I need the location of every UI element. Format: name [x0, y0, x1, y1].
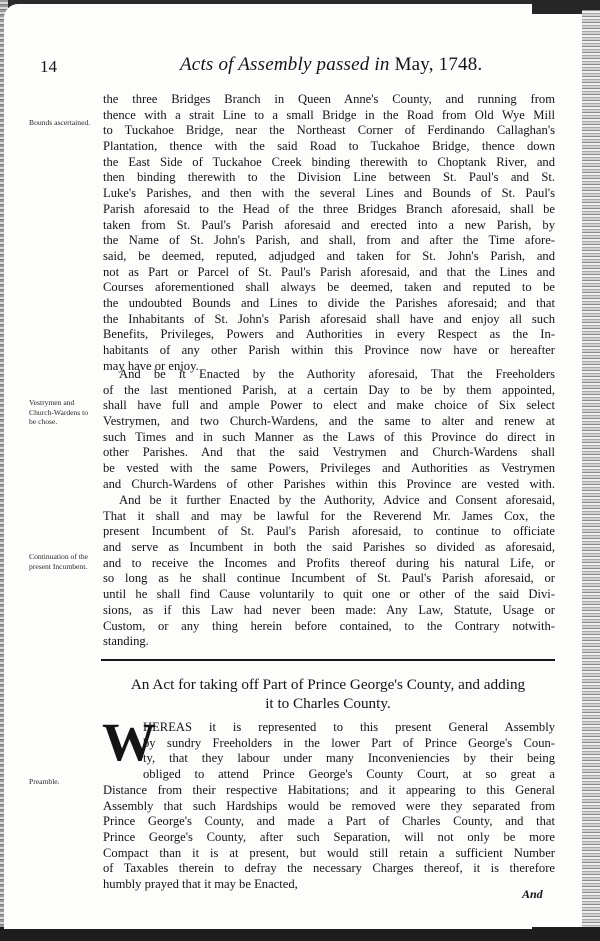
text-line: the Inhabitants of St. John's Parish afo… — [103, 312, 555, 328]
text-line: sions, as if this Law had never been mad… — [103, 603, 555, 619]
text-line: the undoubted Bounds and Lines to divide… — [103, 296, 555, 312]
text-line: of the last mentioned Parish, at a certa… — [103, 383, 555, 399]
text-line: to Tuckahoe Bridge, near the Northeast C… — [103, 123, 555, 139]
running-head-date: May, 1748. — [395, 54, 483, 75]
marginal-note-incumbent: Continuation of the present Incumbent. — [29, 552, 93, 571]
text-line: Prince George's County, and made a Part … — [103, 814, 555, 830]
preamble-opening: HEREAS it is represented to this present… — [143, 720, 555, 783]
text-line: HEREAS it is represented to this present… — [143, 720, 555, 736]
section-divider-rule — [101, 659, 555, 661]
paragraph-vestrymen: And be it Enacted by the Authority afore… — [103, 367, 555, 493]
text-line: humbly prayed that it may be Enacted, — [103, 877, 555, 893]
text-line: by sundry Freeholders in the lower Part … — [143, 736, 555, 752]
text-line: Assembly that such Hardships would be re… — [103, 799, 555, 815]
text-line: ty, that they labour under many Inconven… — [143, 751, 555, 767]
text-line: That it shall and may be lawful for the … — [103, 509, 555, 525]
text-line: Luke's Parishes, and then with the sever… — [103, 186, 555, 202]
text-line: so long as he shall continue Incumbent o… — [103, 571, 555, 587]
text-line: and to receive the Incomes and Profits t… — [103, 556, 555, 572]
text-line: Vestrymen, and two Church-Wardens, and t… — [103, 414, 555, 430]
marginal-note-bounds: Bounds ascertained. — [29, 118, 93, 128]
text-line: of Taxables therein to defray the necess… — [103, 861, 555, 877]
text-line: Compact than it is at present, but would… — [103, 846, 555, 862]
text-line: not as Part or Parcel of St. Paul's Pari… — [103, 265, 555, 281]
running-head: Acts of Assembly passed in May, 1748. — [180, 54, 482, 76]
text-line: Distance from their respective Habitatio… — [103, 783, 555, 799]
text-line: Plantation, thence with the said Road to… — [103, 139, 555, 155]
text-line: Benefits, Privileges, Powers and Authori… — [103, 327, 555, 343]
text-line: shall have full and ample Power to elect… — [103, 398, 555, 414]
text-line: Courses aforementioned shall always be d… — [103, 280, 555, 296]
marginal-note-preamble: Preamble. — [29, 777, 93, 787]
text-line: thence with a strait Line to a small Bri… — [103, 108, 555, 124]
paragraph-bounds: the three Bridges Branch in Queen Anne's… — [103, 92, 555, 374]
act-title: An Act for taking off Part of Prince Geo… — [100, 676, 556, 713]
preamble-body: Distance from their respective Habitatio… — [103, 783, 555, 893]
text-line: present Incumbent of St. Paul's Parish a… — [103, 524, 555, 540]
text-line: taken from St. Paul's Parish aforesaid a… — [103, 218, 555, 234]
text-line: said, be deemed, reputed, adjudged and t… — [103, 249, 555, 265]
text-line: the three Bridges Branch in Queen Anne's… — [103, 92, 555, 108]
text-line: Parish aforesaid to the Head of the thre… — [103, 202, 555, 218]
text-line: obliged to attend Prince George's County… — [143, 767, 555, 783]
text-line: then binding therewith to the Division L… — [103, 170, 555, 186]
text-line: standing. — [103, 634, 555, 650]
marginal-note-vestrymen: Vestrymen and Church-Wardens to be chose… — [29, 398, 93, 427]
running-head-italic: Acts of Assembly passed in — [180, 54, 390, 75]
text-line: habitants of any other Parish within thi… — [103, 343, 555, 359]
text-line: And be it further Enacted by the Authori… — [103, 493, 555, 509]
text-line: such Times and in such Manner as the Law… — [103, 430, 555, 446]
text-line: and serve as Incumbent in both the said … — [103, 540, 555, 556]
text-line: until he shall find Cause voluntarily to… — [103, 587, 555, 603]
page-number: 14 — [40, 57, 57, 77]
page-edge-bottom — [0, 927, 600, 941]
catchword: And — [522, 887, 543, 902]
act-title-line: it to Charles County. — [100, 695, 556, 714]
text-line: Custom, or any thing herein before conta… — [103, 619, 555, 635]
text-line: be vested with the same Powers, Privileg… — [103, 461, 555, 477]
text-line: other Parishes. And that the said Vestry… — [103, 445, 555, 461]
act-title-line: An Act for taking off Part of Prince Geo… — [100, 676, 556, 695]
text-line: And be it Enacted by the Authority afore… — [103, 367, 555, 383]
text-line: and Church-Wardens of other Parishes wit… — [103, 477, 555, 493]
text-line: the East Side of Tuckahoe Creek binding … — [103, 155, 555, 171]
text-line: the Name of St. John's Parish, and shall… — [103, 233, 555, 249]
text-line: Prince George's County, after such Separ… — [103, 830, 555, 846]
paragraph-incumbent: And be it further Enacted by the Authori… — [103, 493, 555, 650]
